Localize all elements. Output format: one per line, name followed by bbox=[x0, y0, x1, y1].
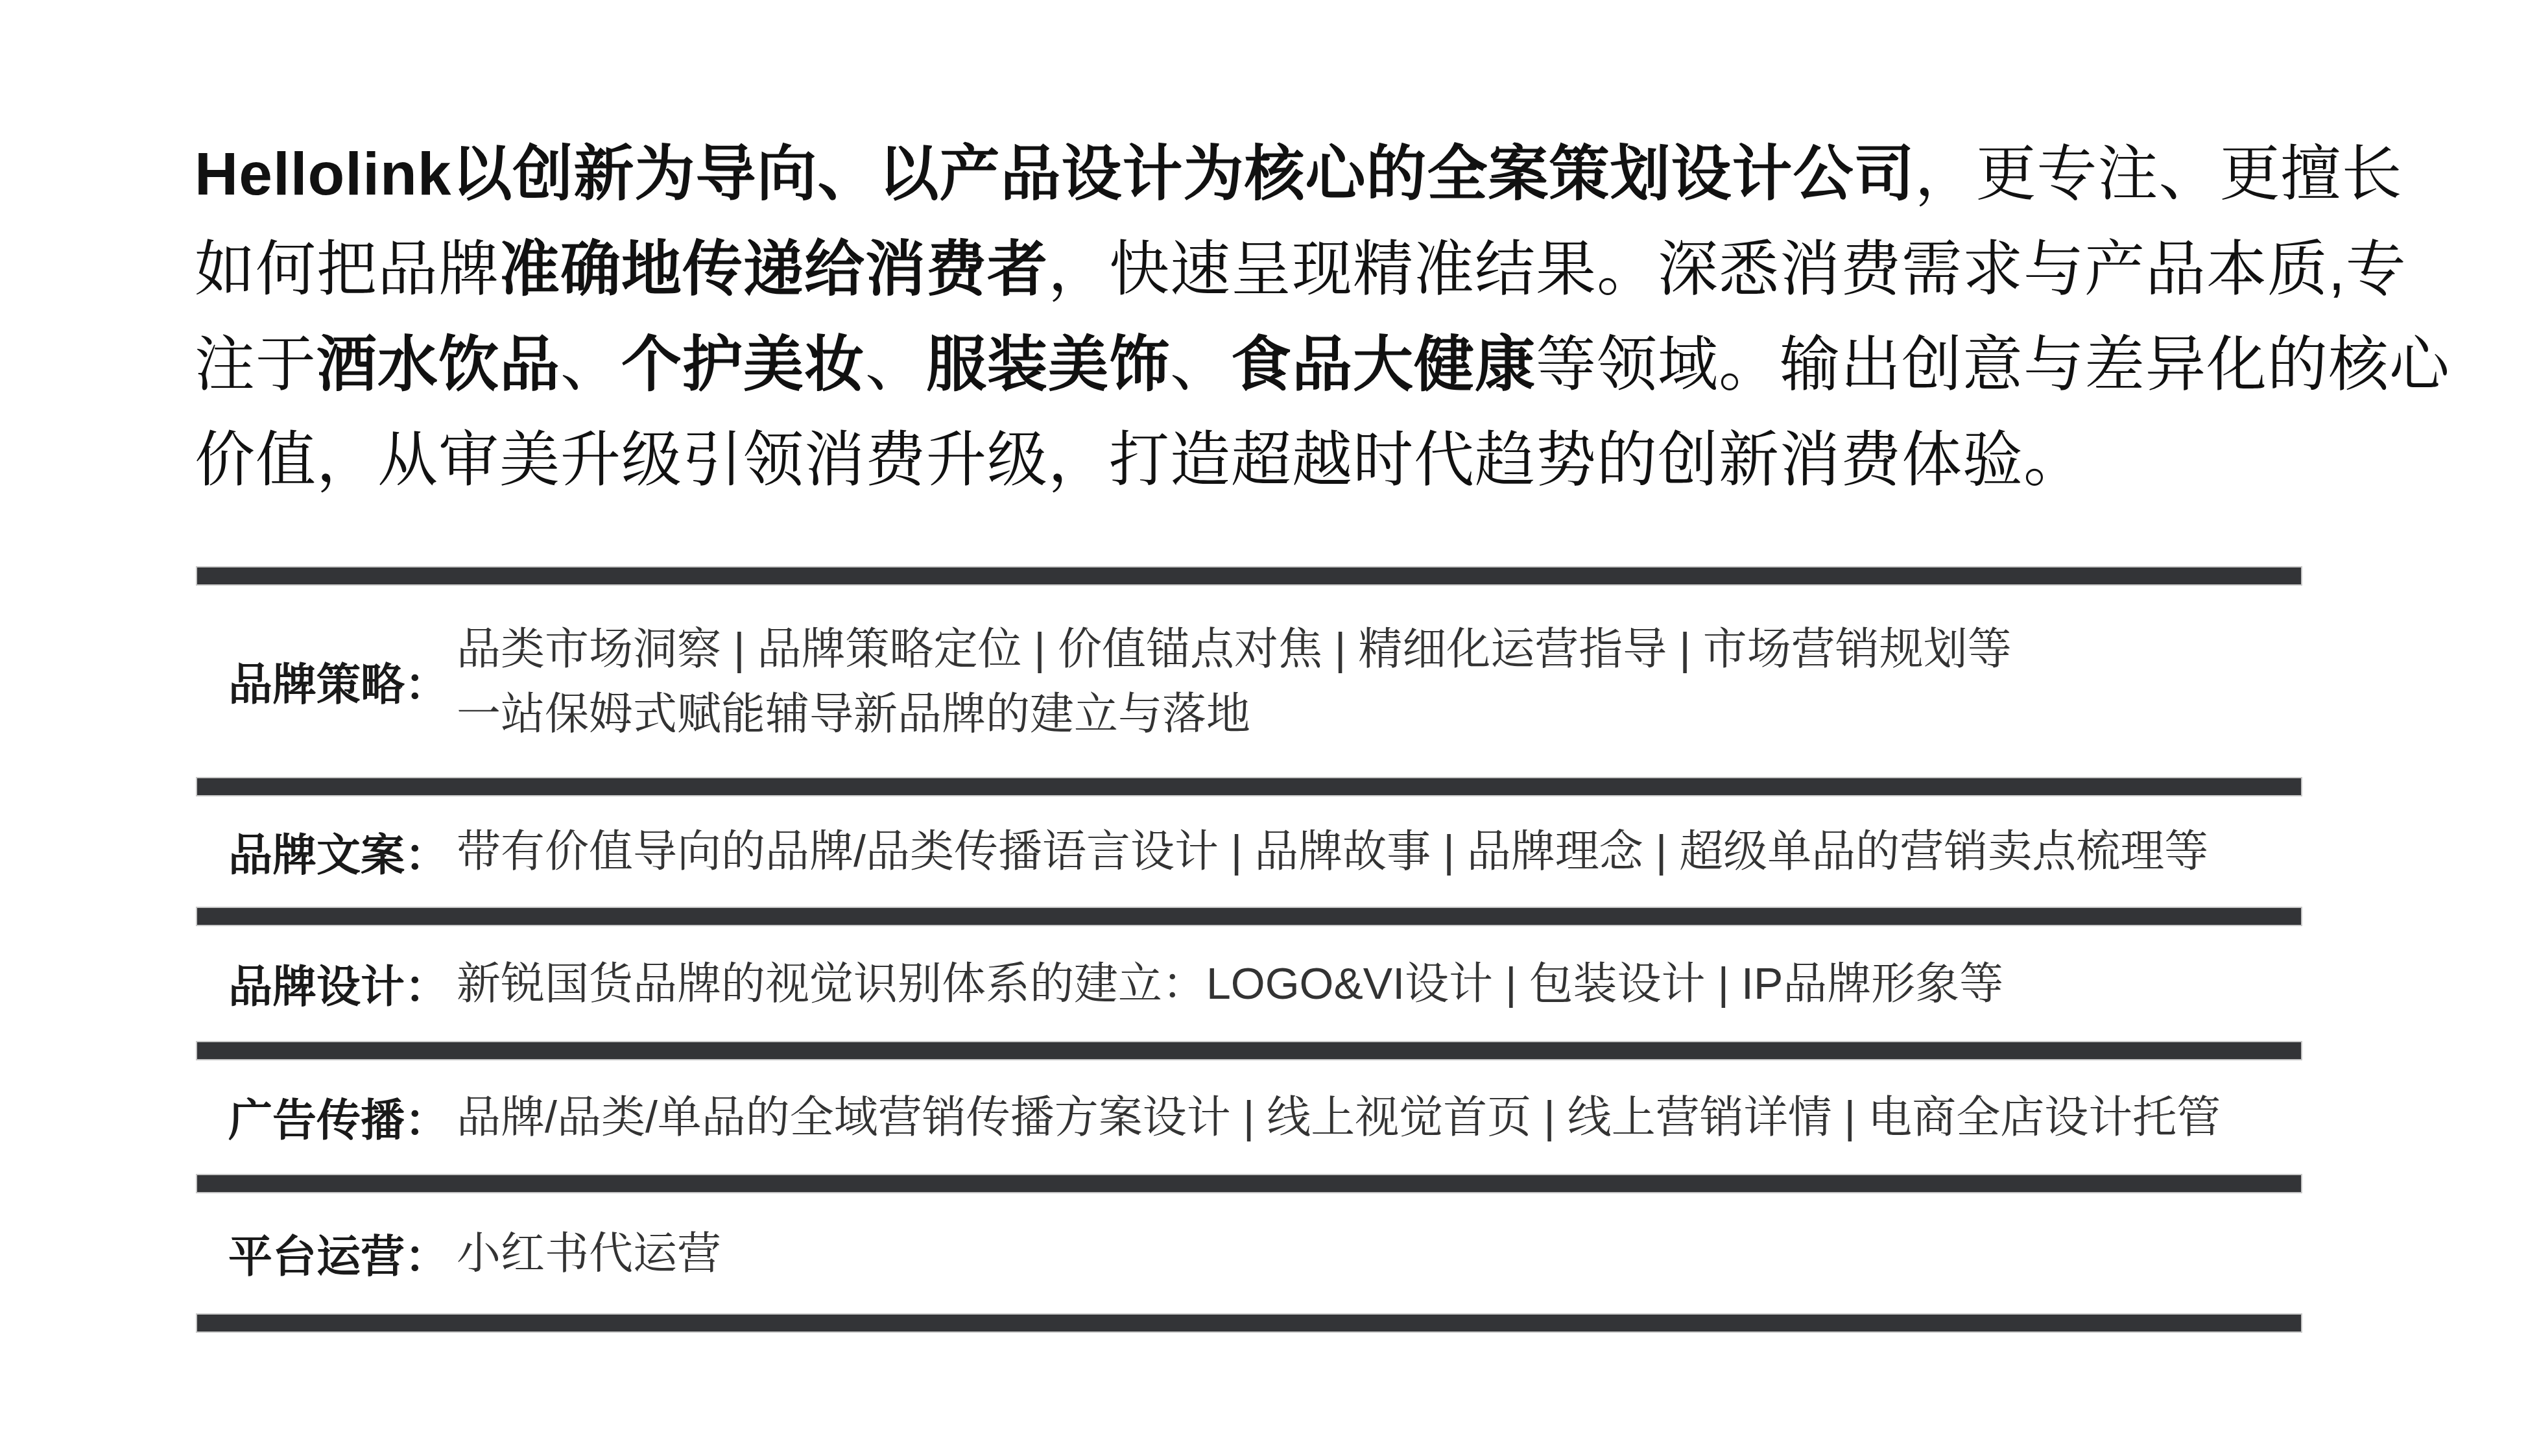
intro-text-segment: 如何把品牌 bbox=[195, 235, 499, 303]
services-table: 品牌策略： 品类市场洞察 | 品牌策略定位 | 价值锚点对焦 | 精细化运营指导… bbox=[196, 566, 2302, 1333]
service-row-brand-copywriting: 品牌文案： 带有价值导向的品牌/品类传播语言设计 | 品牌故事 | 品牌理念 |… bbox=[196, 796, 2302, 907]
divider-bar bbox=[196, 1174, 2302, 1193]
divider-bar bbox=[196, 777, 2302, 796]
intro-text-segment: 等领域。输出创意与差异化的核心 bbox=[1536, 331, 2450, 398]
intro-text-segment: 、 bbox=[1170, 331, 1231, 398]
service-row-label: 广告传播： bbox=[228, 1086, 457, 1149]
intro-text-segment: 、 bbox=[560, 331, 621, 398]
intro-text-segment: 食品大健康 bbox=[1231, 331, 1536, 398]
intro-text-segment: 价值，从审美升级引领消费升级，打造超越时代趋势的创新消费体验。 bbox=[195, 426, 2084, 494]
service-row-content: 带有价值导向的品牌/品类传播语言设计 | 品牌故事 | 品牌理念 | 超级单品的… bbox=[457, 819, 2302, 884]
intro-line: 如何把品牌准确地传递给消费者，快速呈现精准结果。深悉消费需求与产品本质,专 bbox=[195, 222, 2341, 317]
intro-text-segment: 准确地传递给消费者 bbox=[499, 235, 1048, 303]
divider-bar bbox=[196, 566, 2302, 586]
service-content-line: 带有价值导向的品牌/品类传播语言设计 | 品牌故事 | 品牌理念 | 超级单品的… bbox=[457, 819, 2302, 884]
service-row-label: 平台运营： bbox=[228, 1222, 457, 1285]
intro-text-segment: 服装美饰 bbox=[926, 331, 1170, 398]
service-content-line: 品牌/品类/单品的全域营销传播方案设计 | 线上视觉首页 | 线上营销详情 | … bbox=[457, 1085, 2302, 1150]
service-row-label: 品牌文案： bbox=[228, 820, 457, 883]
service-row-advertising: 广告传播： 品牌/品类/单品的全域营销传播方案设计 | 线上视觉首页 | 线上营… bbox=[196, 1060, 2302, 1174]
intro-line: 注于酒水饮品、个护美妆、服装美饰、食品大健康等领域。输出创意与差异化的核心 bbox=[195, 317, 2341, 412]
divider-bar bbox=[196, 1041, 2302, 1060]
company-intro-paragraph: Hellolink以创新为导向、以产品设计为核心的全案策划设计公司，更专注、更擅… bbox=[195, 126, 2341, 508]
service-content-line: 一站保姆式赋能辅导新品牌的建立与落地 bbox=[457, 682, 2302, 746]
service-row-brand-strategy: 品牌策略： 品类市场洞察 | 品牌策略定位 | 价值锚点对焦 | 精细化运营指导… bbox=[196, 586, 2302, 777]
service-row-platform-operation: 平台运营： 小红书代运营 bbox=[196, 1193, 2302, 1313]
intro-text-segment: Hellolink以创新为导向、以产品设计为核心的全案策划设计公司 bbox=[195, 140, 1915, 208]
intro-text-segment: 个护美妆 bbox=[621, 331, 865, 398]
intro-text-segment: ，更专注、更擅长 bbox=[1915, 140, 2403, 208]
service-row-label: 品牌设计： bbox=[228, 952, 457, 1015]
service-row-content: 品类市场洞察 | 品牌策略定位 | 价值锚点对焦 | 精细化运营指导 | 市场营… bbox=[457, 617, 2302, 746]
intro-text-segment: 酒水饮品 bbox=[316, 331, 560, 398]
slide-page: Hellolink以创新为导向、以产品设计为核心的全案策划设计公司，更专注、更擅… bbox=[0, 0, 2528, 1456]
service-row-content: 小红书代运营 bbox=[457, 1221, 2302, 1286]
intro-text-segment: 、 bbox=[865, 331, 926, 398]
service-content-line: 小红书代运营 bbox=[457, 1221, 2302, 1286]
intro-text-segment: ，快速呈现精准结果。深悉消费需求与产品本质,专 bbox=[1048, 235, 2407, 303]
service-content-line: 新锐国货品牌的视觉识别体系的建立：LOGO&VI设计 | 包装设计 | IP品牌… bbox=[457, 951, 2302, 1016]
service-content-line: 品类市场洞察 | 品牌策略定位 | 价值锚点对焦 | 精细化运营指导 | 市场营… bbox=[457, 617, 2302, 682]
intro-line: Hellolink以创新为导向、以产品设计为核心的全案策划设计公司，更专注、更擅… bbox=[195, 126, 2341, 222]
service-row-content: 新锐国货品牌的视觉识别体系的建立：LOGO&VI设计 | 包装设计 | IP品牌… bbox=[457, 951, 2302, 1016]
service-row-label: 品牌策略： bbox=[228, 650, 457, 713]
intro-line: 价值，从审美升级引领消费升级，打造超越时代趋势的创新消费体验。 bbox=[195, 412, 2341, 508]
service-row-content: 品牌/品类/单品的全域营销传播方案设计 | 线上视觉首页 | 线上营销详情 | … bbox=[457, 1085, 2302, 1150]
divider-bar bbox=[196, 1313, 2302, 1333]
intro-text-segment: 注于 bbox=[195, 331, 316, 398]
service-row-brand-design: 品牌设计： 新锐国货品牌的视觉识别体系的建立：LOGO&VI设计 | 包装设计 … bbox=[196, 926, 2302, 1041]
divider-bar bbox=[196, 907, 2302, 926]
